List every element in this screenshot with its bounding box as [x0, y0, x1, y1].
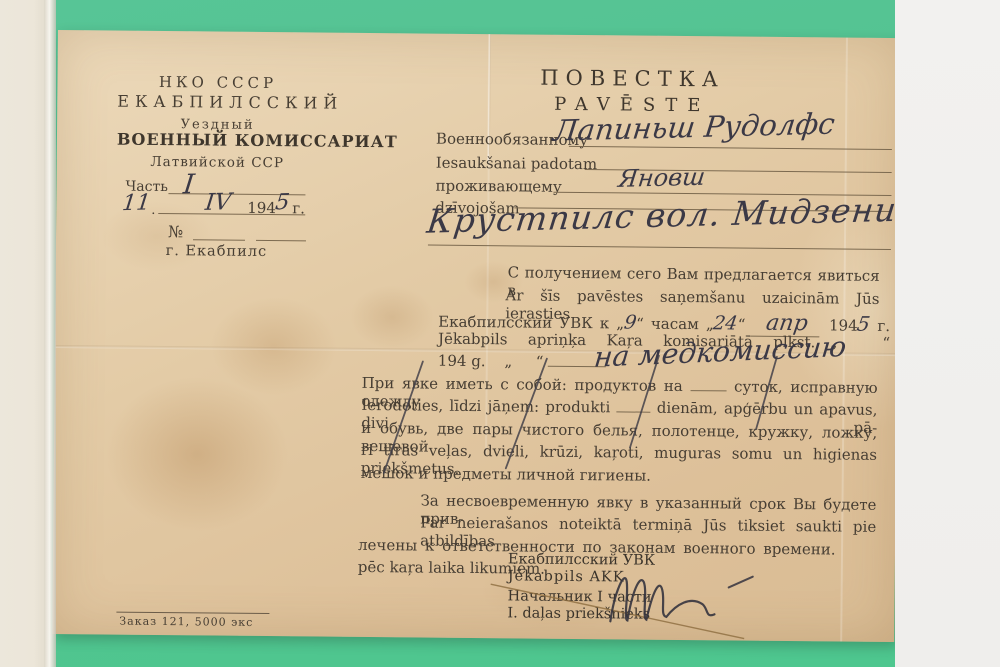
- number-label: №: [168, 222, 183, 241]
- letterhead-city: г. Екабпилс: [124, 243, 309, 261]
- residing-label-ru: проживающему: [435, 177, 561, 196]
- date-dot: .: [151, 203, 155, 218]
- quote-open4: „: [504, 352, 512, 370]
- quote-close4: “: [536, 353, 544, 371]
- signature-org-ru: Екабпилсский УВК: [508, 551, 655, 568]
- patronymic-handwritten: Яновш: [617, 163, 707, 193]
- blank-gap: [852, 337, 868, 348]
- bring-line5: мешок и предметы личной гигиены.: [361, 464, 651, 485]
- summons-document: НКО СССР ЕКАБПИЛССКИЙ Уездный ВОЕННЫЙ КО…: [52, 30, 900, 642]
- hours-word: часам: [651, 315, 699, 333]
- summons-line4-printed: 194 g.: [438, 352, 486, 370]
- day-handwritten: 24: [712, 312, 739, 334]
- number-blank-line1: [193, 239, 245, 240]
- quote-close2: “: [738, 316, 746, 334]
- bring-line2a: Ierodoties, līdzi jāņem: produkti: [361, 396, 610, 416]
- year-suffix: г.: [877, 317, 890, 335]
- summons-line4: 194 g. „ “: [438, 352, 607, 372]
- year-handwritten: 5: [856, 312, 872, 336]
- address-handwritten: Крустпилс вол. Мидзени: [425, 190, 899, 241]
- quote-close1: “: [636, 315, 644, 333]
- date-day-handwritten: 11: [121, 190, 152, 216]
- date-year-printed: 194: [247, 199, 276, 217]
- days-blank-lv: [617, 401, 651, 413]
- date-month-handwritten: IV: [204, 189, 233, 216]
- days-blank-ru: [690, 379, 726, 391]
- date-year-handwritten: 5: [274, 190, 291, 215]
- quote-close3: “: [882, 334, 890, 352]
- date-suffix: г.: [292, 199, 305, 217]
- signature-role-lv: I. daļas priekšnieks: [507, 605, 650, 622]
- letterhead-org-line2: ЕКАБПИЛССКИЙ: [117, 92, 317, 113]
- number-blank-line2: [256, 240, 306, 241]
- letterhead-org-line5: Латвийской ССР: [125, 154, 310, 172]
- signature-org-lv: Jēkabpils AKK: [508, 568, 625, 585]
- signature-flourish: [729, 576, 753, 587]
- imprint-rule: [116, 612, 269, 614]
- blank-gap2: [517, 356, 531, 367]
- addressee-label-lv: Iesaukšanai padotam: [436, 154, 598, 174]
- part-value-handwritten: I: [182, 169, 196, 200]
- plastic-sleeve-seam: [44, 0, 56, 667]
- wall-background: [895, 0, 1000, 667]
- addressee-name-handwritten: Лапиньш Рудолфс: [551, 107, 836, 148]
- letterhead-org-line1: НКО СССР: [125, 73, 310, 93]
- address-line2: [428, 245, 891, 250]
- letterhead-org-line4: ВОЕННЫЙ КОМИССАРИАТ: [117, 130, 317, 151]
- title-russian: ПОВЕСТКА: [512, 65, 752, 91]
- signature-role-ru: Начальник I части: [508, 588, 652, 605]
- album-page-edge: [0, 0, 48, 667]
- addressee-line: [569, 146, 892, 150]
- imprint-order: Заказ 121, 5000 экс: [119, 615, 253, 629]
